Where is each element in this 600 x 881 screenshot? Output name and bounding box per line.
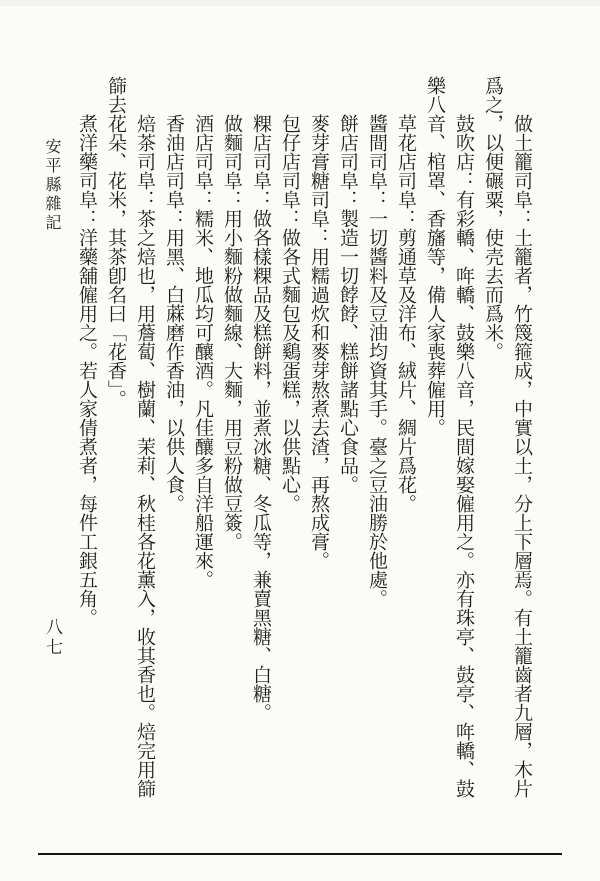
entry-paragraph: 包仔店司阜：做各式麵包及鷄蛋糕，以供點心。	[275, 76, 304, 798]
entry-paragraph: 酒店司阜：糯米、地瓜均可釀酒。凡佳釀多自洋船運來。	[188, 76, 217, 798]
entry-paragraph: 麥芽膏糖司阜：用糯過炊和麥芽熬煮去渣，再熬成膏。	[304, 76, 333, 798]
scan-edge	[0, 0, 600, 6]
entry-paragraph: 草花店司阜：剪通草及洋布、絨片、綢片爲花。	[391, 76, 420, 798]
book-page: 做土籠司阜：土籠者，竹篾箍成，中實以土，分上下層焉。有土籠齒者九層，木片爲之，以…	[0, 0, 600, 881]
entry-paragraph: 焙茶司阜：茶之焙也，用薝蔔、樹蘭、茉莉、秋桂各花薰入，收其香也。焙完用篩篩去花朵…	[101, 76, 159, 798]
body-text-block: 做土籠司阜：土籠者，竹篾箍成，中實以土，分上下層焉。有土籠齒者九層，木片爲之，以…	[64, 76, 536, 798]
page-number: 八七	[40, 618, 65, 658]
entry-paragraph: 煮洋藥司阜：洋藥舖僱用之。若人家倩煮者，每件工銀五角。	[72, 76, 101, 798]
footer-rule	[38, 853, 562, 855]
entry-paragraph: 醬間司阜：一切醬料及豆油均資其手。臺之豆油勝於他處。	[362, 76, 391, 798]
entry-paragraph: 做麵司阜：用小麵粉做麵線、大麵，用豆粉做豆簽。	[217, 76, 246, 798]
running-head-book-title: 安平縣雜記	[40, 138, 63, 233]
entry-paragraph: 粿店司阜：做各樣粿品及糕餅料，並煮冰糖、冬瓜等，兼賣黑糖、白糖。	[246, 76, 275, 798]
entry-paragraph: 香油店司阜：用黑、白蔴磨作香油，以供人食。	[159, 76, 188, 798]
entry-paragraph: 餅店司阜：製造一切餑餑、糕餅諸點心食品。	[333, 76, 362, 798]
entry-paragraph: 做土籠司阜：土籠者，竹篾箍成，中實以土，分上下層焉。有土籠齒者九層，木片爲之，以…	[478, 76, 536, 798]
entry-paragraph: 鼓吹店：有彩轎、哖轎、鼓樂八音，民間嫁娶僱用之。亦有珠亭、鼓亭、哖轎、鼓樂八音、…	[420, 76, 478, 798]
